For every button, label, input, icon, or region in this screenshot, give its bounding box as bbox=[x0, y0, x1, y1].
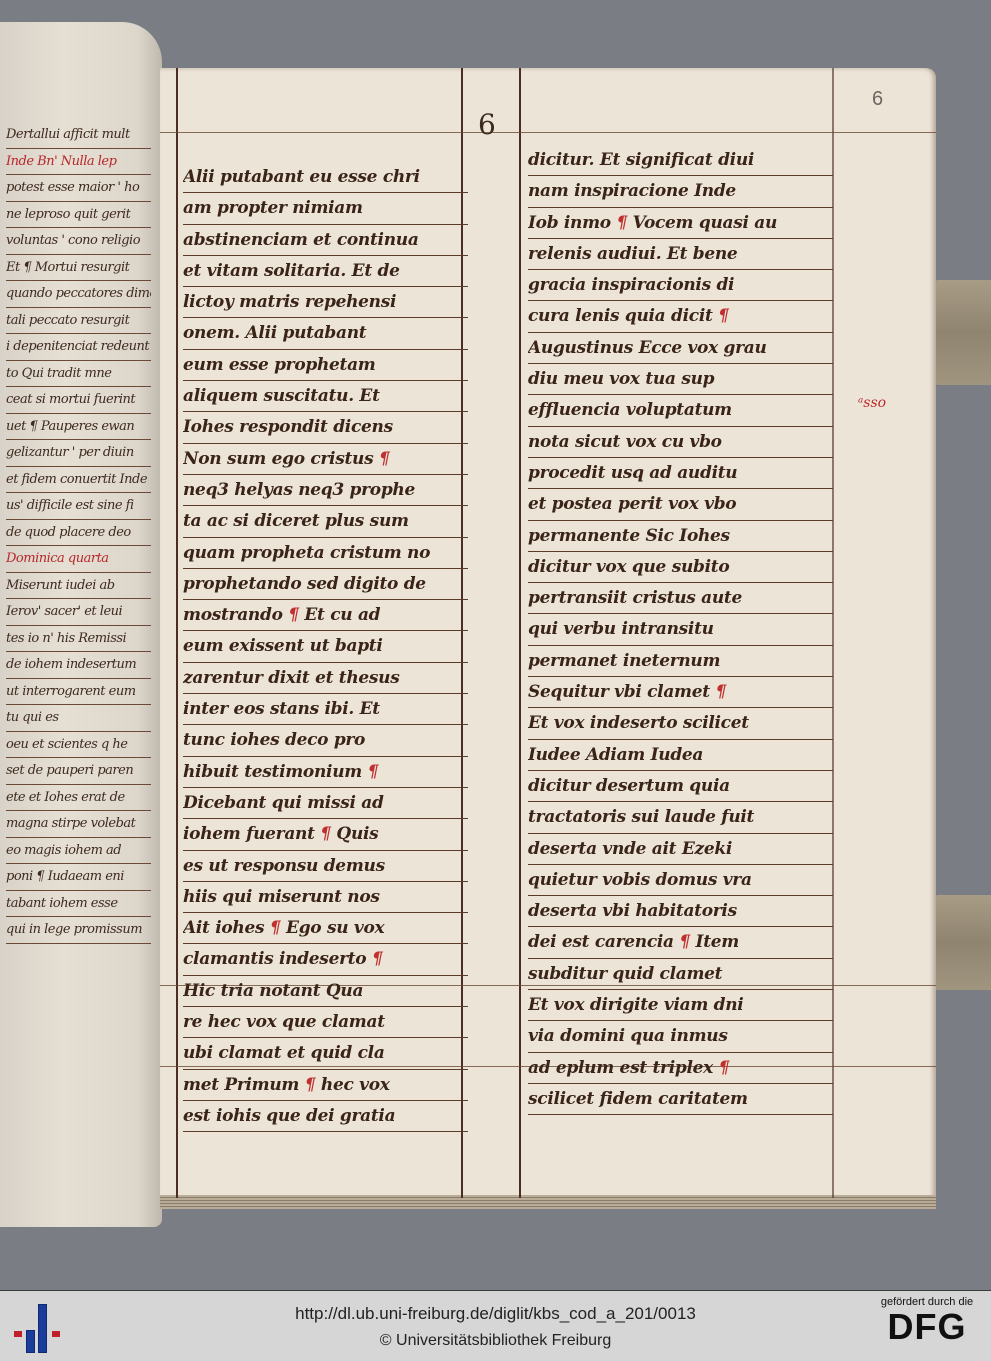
manuscript-line: diu meu vox tua sup bbox=[528, 364, 833, 395]
binding-strap-top bbox=[935, 280, 991, 385]
manuscript-line: permanente Sic Iohes bbox=[528, 521, 833, 552]
text-column-2: dicitur. Et significat diuinam inspiraci… bbox=[528, 145, 833, 1115]
manuscript-line: effluencia voluptatum bbox=[528, 395, 833, 426]
manuscript-line: dicitur. Et significat diui bbox=[528, 145, 833, 176]
manuscript-line: abstinenciam et continua bbox=[183, 225, 468, 256]
rubric-pilcrow: ¶ bbox=[718, 306, 729, 326]
manuscript-line: ut interrogarent eum bbox=[6, 679, 151, 706]
manuscript-line: deserta vnde ait Ezeki bbox=[528, 834, 833, 865]
manuscript-line: qui verbu intransitu bbox=[528, 614, 833, 645]
manuscript-line: est iohis que dei gratia bbox=[183, 1101, 468, 1132]
manuscript-line: es ut responsu demus bbox=[183, 851, 468, 882]
page-edges bbox=[160, 1195, 936, 1209]
manuscript-line: tabant iohem esse bbox=[6, 891, 151, 918]
manuscript-line: dicitur vox que subito bbox=[528, 552, 833, 583]
manuscript-line: Iohes respondit dicens bbox=[183, 412, 468, 443]
rubric-pilcrow: ¶ bbox=[372, 949, 383, 969]
manuscript-line: voluntas ' cono religio bbox=[6, 228, 151, 255]
manuscript-line: i depenitenciat redeunt bbox=[6, 334, 151, 361]
folio-number: 6 bbox=[478, 108, 496, 141]
ruling-line bbox=[160, 132, 936, 133]
manuscript-line: gracia inspiracionis di bbox=[528, 270, 833, 301]
dfg-logo: gefördert durch die DFG bbox=[872, 1296, 982, 1346]
manuscript-line: Dominica quarta bbox=[6, 546, 151, 573]
ruling-line bbox=[519, 68, 521, 1198]
manuscript-line: us' difficile est sine fi bbox=[6, 493, 151, 520]
manuscript-viewer: Dertallui afficit multInde Bn' Nulla lep… bbox=[0, 0, 991, 1290]
manuscript-line: Alii putabant eu esse chri bbox=[183, 162, 468, 193]
manuscript-line: nota sicut vox cu vbo bbox=[528, 427, 833, 458]
rubric-pilcrow: ¶ bbox=[379, 449, 390, 469]
manuscript-line: am propter nimiam bbox=[183, 193, 468, 224]
manuscript-line: oeu et scientes q he bbox=[6, 732, 151, 759]
pencil-folio-number: 6 bbox=[872, 88, 883, 111]
manuscript-line: et fidem conuertit Inde bbox=[6, 467, 151, 494]
manuscript-line: tunc iohes deco pro bbox=[183, 725, 468, 756]
manuscript-line: via domini qua inmus bbox=[528, 1021, 833, 1052]
manuscript-line: Iudee Adiam Iudea bbox=[528, 740, 833, 771]
rubric-pilcrow: ¶ bbox=[288, 605, 299, 625]
manuscript-line: Et vox indeserto scilicet bbox=[528, 708, 833, 739]
manuscript-line: Ait iohes ¶ Ego su vox bbox=[183, 913, 468, 944]
manuscript-line: tali peccato resurgit bbox=[6, 308, 151, 335]
dfg-logo-text: DFG bbox=[872, 1308, 982, 1346]
manuscript-line: to Qui tradit mne bbox=[6, 361, 151, 388]
left-page-text: Dertallui afficit multInde Bn' Nulla lep… bbox=[6, 122, 151, 944]
manuscript-line: onem. Alii putabant bbox=[183, 318, 468, 349]
footer: http://dl.ub.uni-freiburg.de/diglit/kbs_… bbox=[0, 1290, 991, 1361]
manuscript-line: subditur quid clamet bbox=[528, 959, 833, 990]
manuscript-line: permanet ineternum bbox=[528, 646, 833, 677]
manuscript-line: et vitam solitaria. Et de bbox=[183, 256, 468, 287]
manuscript-line: re hec vox que clamat bbox=[183, 1007, 468, 1038]
manuscript-line: potest esse maior ' ho bbox=[6, 175, 151, 202]
manuscript-line: qui in lege promissum bbox=[6, 917, 151, 944]
manuscript-line: cura lenis quia dicit ¶ bbox=[528, 301, 833, 332]
manuscript-line: et postea perit vox vbo bbox=[528, 489, 833, 520]
manuscript-line: inter eos stans ibi. Et bbox=[183, 694, 468, 725]
rubric-pilcrow: ¶ bbox=[616, 213, 627, 233]
manuscript-line: eum esse prophetam bbox=[183, 350, 468, 381]
manuscript-line: quam propheta cristum no bbox=[183, 538, 468, 569]
manuscript-line: set de pauperi paren bbox=[6, 758, 151, 785]
manuscript-line: Miserunt iudei ab bbox=[6, 573, 151, 600]
manuscript-line: ubi clamat et quid cla bbox=[183, 1038, 468, 1069]
manuscript-line: ta ac si diceret plus sum bbox=[183, 506, 468, 537]
manuscript-line: quietur vobis domus vra bbox=[528, 865, 833, 896]
manuscript-line: hibuit testimonium ¶ bbox=[183, 757, 468, 788]
manuscript-line: Inde Bn' Nulla lep bbox=[6, 149, 151, 176]
manuscript-line: Sequitur vbi clamet ¶ bbox=[528, 677, 833, 708]
manuscript-line: poni ¶ Iudaeam eni bbox=[6, 864, 151, 891]
manuscript-line: Hic tria notant Qua bbox=[183, 976, 468, 1007]
manuscript-line: dicitur desertum quia bbox=[528, 771, 833, 802]
manuscript-line: tu qui es bbox=[6, 705, 151, 732]
manuscript-line: Ierov' sacer' et leui bbox=[6, 599, 151, 626]
manuscript-line: ete et Iohes erat de bbox=[6, 785, 151, 812]
manuscript-line: nam inspiracione Inde bbox=[528, 176, 833, 207]
manuscript-line: gelizantur ' per diuin bbox=[6, 440, 151, 467]
manuscript-line: scilicet fidem caritatem bbox=[528, 1084, 833, 1115]
manuscript-line: dei est carencia ¶ Item bbox=[528, 927, 833, 958]
copyright-notice: © Universitätsbibliothek Freiburg bbox=[0, 1332, 991, 1350]
manuscript-line: Augustinus Ecce vox grau bbox=[528, 333, 833, 364]
manuscript-line: aliquem suscitatu. Et bbox=[183, 381, 468, 412]
left-facing-page: Dertallui afficit multInde Bn' Nulla lep… bbox=[0, 22, 162, 1227]
rubric-pilcrow: ¶ bbox=[368, 762, 379, 782]
manuscript-line: deserta vbi habitatoris bbox=[528, 896, 833, 927]
manuscript-line: ad eplum est triplex ¶ bbox=[528, 1053, 833, 1084]
manuscript-line: lictoy matris repehensi bbox=[183, 287, 468, 318]
manuscript-line: neq3 helyas neq3 prophe bbox=[183, 475, 468, 506]
margin-note: ᵃsso bbox=[858, 395, 886, 411]
manuscript-line: quando peccatores dimo bbox=[6, 281, 151, 308]
manuscript-line: eo magis iohem ad bbox=[6, 838, 151, 865]
manuscript-line: tes io n' his Remissi bbox=[6, 626, 151, 653]
binding-strap-bottom bbox=[935, 895, 991, 990]
manuscript-line: Et vox dirigite viam dni bbox=[528, 990, 833, 1021]
manuscript-line: clamantis indeserto ¶ bbox=[183, 944, 468, 975]
manuscript-line: Iob inmo ¶ Vocem quasi au bbox=[528, 208, 833, 239]
manuscript-line: de quod placere deo bbox=[6, 520, 151, 547]
manuscript-line: hiis qui miserunt nos bbox=[183, 882, 468, 913]
rubric-pilcrow: ¶ bbox=[305, 1075, 316, 1095]
manuscript-line: prophetando sed digito de bbox=[183, 569, 468, 600]
manuscript-line: zarentur dixit et thesus bbox=[183, 663, 468, 694]
rubric-pilcrow: ¶ bbox=[679, 932, 690, 952]
manuscript-line: Non sum ego cristus ¶ bbox=[183, 444, 468, 475]
rubric-pilcrow: ¶ bbox=[715, 682, 726, 702]
permalink-url[interactable]: http://dl.ub.uni-freiburg.de/diglit/kbs_… bbox=[0, 1304, 991, 1324]
rubric-pilcrow: ¶ bbox=[320, 824, 331, 844]
manuscript-line: ne leproso quit gerit bbox=[6, 202, 151, 229]
manuscript-line: Et ¶ Mortui resurgit bbox=[6, 255, 151, 282]
manuscript-line: uet ¶ Pauperes ewan bbox=[6, 414, 151, 441]
manuscript-line: Dicebant qui missi ad bbox=[183, 788, 468, 819]
manuscript-line: relenis audiui. Et bene bbox=[528, 239, 833, 270]
manuscript-line: mostrando ¶ Et cu ad bbox=[183, 600, 468, 631]
manuscript-line: pertransiit cristus aute bbox=[528, 583, 833, 614]
manuscript-line: met Primum ¶ hec vox bbox=[183, 1070, 468, 1101]
manuscript-line: procedit usq ad auditu bbox=[528, 458, 833, 489]
manuscript-line: eum exissent ut bapti bbox=[183, 631, 468, 662]
manuscript-line: ceat si mortui fuerint bbox=[6, 387, 151, 414]
manuscript-line: tractatoris sui laude fuit bbox=[528, 802, 833, 833]
text-column-1: Alii putabant eu esse chriam propter nim… bbox=[183, 162, 468, 1132]
manuscript-line: Dertallui afficit mult bbox=[6, 122, 151, 149]
ruling-line bbox=[176, 68, 178, 1198]
manuscript-line: magna stirpe volebat bbox=[6, 811, 151, 838]
rubric-pilcrow: ¶ bbox=[719, 1058, 730, 1078]
manuscript-line: de iohem indesertum bbox=[6, 652, 151, 679]
rubric-pilcrow: ¶ bbox=[270, 918, 281, 938]
manuscript-line: iohem fuerant ¶ Quis bbox=[183, 819, 468, 850]
